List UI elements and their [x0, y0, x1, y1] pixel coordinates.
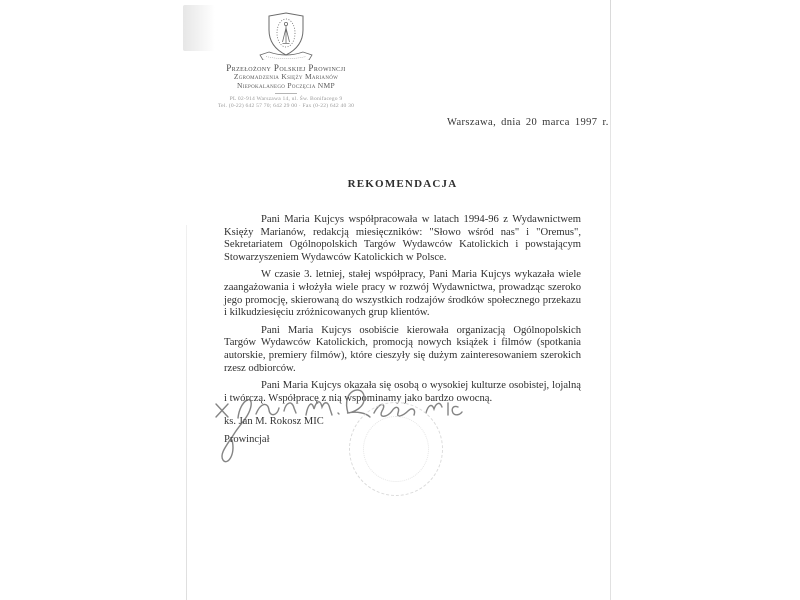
letterhead-divider [275, 93, 297, 94]
document-title: REKOMENDACJA [224, 178, 581, 190]
page-right-edge [610, 0, 611, 600]
paragraph-2: W czasie 3. letniej, stałej współpracy, … [224, 269, 581, 319]
page-left-edge [186, 225, 187, 600]
paragraph-1: Pani Maria Kujcys współpracowała w latac… [224, 214, 581, 264]
marian-crest-icon [256, 12, 316, 60]
signatory-role: Prowincjał [224, 434, 324, 446]
signatory-name: ks. Jan M. Rokosz MIC [224, 416, 324, 428]
letter-body: Pani Maria Kujcys współpracowała w latac… [224, 214, 581, 410]
letterhead: Przełożony Polskiej Prowincji Zgromadzen… [186, 12, 386, 109]
embossed-seal-icon [349, 402, 443, 496]
scanned-letter-page: Przełożony Polskiej Prowincji Zgromadzen… [0, 0, 800, 600]
dateline: Warszawa, dnia 20 marca 1997 r. [447, 117, 609, 128]
letterhead-org-line3: Niepokalanego Poczęcia NMP [186, 82, 386, 91]
signature-block: ks. Jan M. Rokosz MIC Prowincjał [224, 416, 324, 446]
letterhead-address-line2: Tel. (0-22) 642 57 70; 642 29 00 · Fax (… [186, 103, 386, 110]
letterhead-address-line1: PL 02-914 Warszawa 14, ul. Św. Bonifaceg… [186, 96, 386, 103]
paragraph-3: Pani Maria Kujcys osobiście kierowała or… [224, 325, 581, 375]
